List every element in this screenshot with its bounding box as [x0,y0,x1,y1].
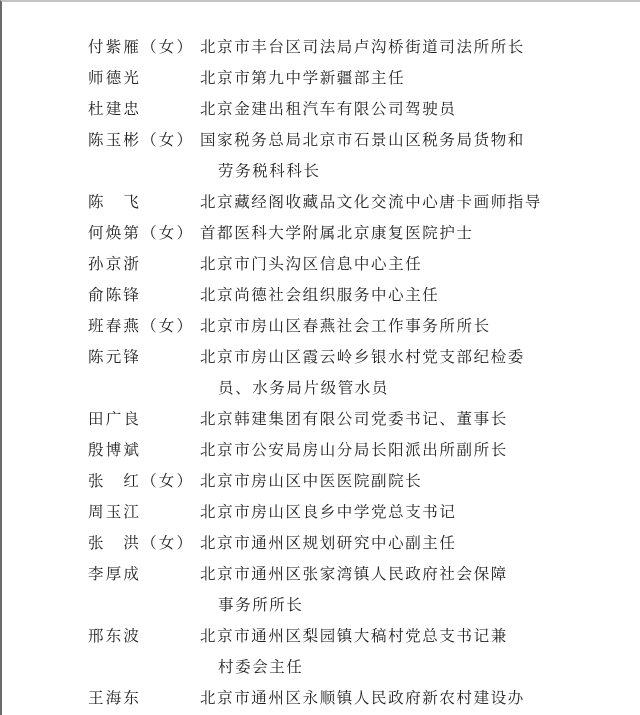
person-name: 孙京浙 [88,249,200,280]
person-name: 张 红（女） [88,466,200,497]
person-name: 田广良 [88,404,200,435]
person-name: 付紫雁（女） [88,32,200,63]
list-item: 田广良 北京韩建集团有限公司党委书记、董事长 [88,404,628,435]
person-title: 北京金建出租汽车有限公司驾驶员 [200,94,628,125]
title-line: 首都医科大学附属北京康复医院护士 [200,218,628,249]
title-line: 北京市第九中学新疆部主任 [200,63,628,94]
title-line-continued: 事务所所长 [200,590,628,621]
title-line: 北京市通州区张家湾镇人民政府社会保障 [200,559,628,590]
list-item: 张 洪（女） 北京市通州区规划研究中心副主任 [88,528,628,559]
title-line-continued: 劳务税科科长 [200,156,628,187]
document-page: 付紫雁（女） 北京市丰台区司法局卢沟桥街道司法所所长 师德光 北京市第九中学新疆… [0,0,640,715]
person-name: 张 洪（女） [88,528,200,559]
person-title: 北京市门头沟区信息中心主任 [200,249,628,280]
list-item: 陈元锋 北京市房山区霞云岭乡银水村党支部纪检委 员、水务局片级管水员 [88,342,628,404]
person-name: 周玉江 [88,497,200,528]
list-item: 班春燕（女） 北京市房山区春燕社会工作事务所所长 [88,311,628,342]
list-item: 邢东波 北京市通州区梨园镇大稿村党总支书记兼 村委会主任 [88,621,628,683]
person-name: 陈 飞 [88,187,200,218]
title-line: 北京市房山区良乡中学党总支书记 [200,497,628,528]
person-title: 北京尚德社会组织服务中心主任 [200,280,628,311]
title-line: 国家税务总局北京市石景山区税务局货物和 [200,125,628,156]
person-name: 邢东波 [88,621,200,652]
person-title: 北京市第九中学新疆部主任 [200,63,628,94]
person-title: 北京市通州区梨园镇大稿村党总支书记兼 村委会主任 [200,621,628,683]
person-name: 班春燕（女） [88,311,200,342]
person-title: 北京市公安局房山分局长阳派出所副所长 [200,435,628,466]
list-item: 师德光 北京市第九中学新疆部主任 [88,63,628,94]
person-title: 北京市房山区霞云岭乡银水村党支部纪检委 员、水务局片级管水员 [200,342,628,404]
title-line: 北京市通州区规划研究中心副主任 [200,528,628,559]
person-title: 北京市通州区规划研究中心副主任 [200,528,628,559]
person-name: 李厚成 [88,559,200,590]
person-name: 杜建忠 [88,94,200,125]
list-item: 俞陈锋 北京尚德社会组织服务中心主任 [88,280,628,311]
list-item: 何焕第（女） 首都医科大学附属北京康复医院护士 [88,218,628,249]
person-title: 北京藏经阁收藏品文化交流中心唐卡画师指导 [200,187,628,218]
person-title: 北京市通州区张家湾镇人民政府社会保障 事务所所长 [200,559,628,621]
person-name: 殷博斌 [88,435,200,466]
person-title: 北京韩建集团有限公司党委书记、董事长 [200,404,628,435]
person-name: 陈玉彬（女） [88,125,200,156]
person-name: 陈元锋 [88,342,200,373]
list-item: 周玉江 北京市房山区良乡中学党总支书记 [88,497,628,528]
title-line: 北京市门头沟区信息中心主任 [200,249,628,280]
person-name: 王海东 [88,683,200,714]
list-item: 孙京浙 北京市门头沟区信息中心主任 [88,249,628,280]
person-title: 北京市房山区良乡中学党总支书记 [200,497,628,528]
title-line: 北京市房山区中医医院副院长 [200,466,628,497]
list-item: 张 红（女） 北京市房山区中医医院副院长 [88,466,628,497]
person-title: 国家税务总局北京市石景山区税务局货物和 劳务税科科长 [200,125,628,187]
list-item: 李厚成 北京市通州区张家湾镇人民政府社会保障 事务所所长 [88,559,628,621]
title-line: 北京藏经阁收藏品文化交流中心唐卡画师指导 [200,187,628,218]
person-title: 首都医科大学附属北京康复医院护士 [200,218,628,249]
person-name: 师德光 [88,63,200,94]
person-title: 北京市丰台区司法局卢沟桥街道司法所所长 [200,32,628,63]
list-item: 陈玉彬（女） 国家税务总局北京市石景山区税务局货物和 劳务税科科长 [88,125,628,187]
title-line: 北京市公安局房山分局长阳派出所副所长 [200,435,628,466]
honoree-list: 付紫雁（女） 北京市丰台区司法局卢沟桥街道司法所所长 师德光 北京市第九中学新疆… [88,32,628,714]
title-line: 北京韩建集团有限公司党委书记、董事长 [200,404,628,435]
person-name: 何焕第（女） [88,218,200,249]
person-title: 北京市房山区中医医院副院长 [200,466,628,497]
title-line-continued: 员、水务局片级管水员 [200,373,628,404]
title-line-continued: 村委会主任 [200,652,628,683]
title-line: 北京市丰台区司法局卢沟桥街道司法所所长 [200,32,628,63]
list-item: 杜建忠 北京金建出租汽车有限公司驾驶员 [88,94,628,125]
person-title: 北京市房山区春燕社会工作事务所所长 [200,311,628,342]
title-line: 北京市通州区梨园镇大稿村党总支书记兼 [200,621,628,652]
list-item: 陈 飞 北京藏经阁收藏品文化交流中心唐卡画师指导 [88,187,628,218]
title-line: 北京市房山区霞云岭乡银水村党支部纪检委 [200,342,628,373]
title-line: 北京市房山区春燕社会工作事务所所长 [200,311,628,342]
person-name: 俞陈锋 [88,280,200,311]
title-line: 北京市通州区永顺镇人民政府新农村建设办 [200,683,628,714]
list-item: 殷博斌 北京市公安局房山分局长阳派出所副所长 [88,435,628,466]
list-item: 王海东 北京市通州区永顺镇人民政府新农村建设办 [88,683,628,714]
person-title: 北京市通州区永顺镇人民政府新农村建设办 [200,683,628,714]
title-line: 北京金建出租汽车有限公司驾驶员 [200,94,628,125]
list-item: 付紫雁（女） 北京市丰台区司法局卢沟桥街道司法所所长 [88,32,628,63]
title-line: 北京尚德社会组织服务中心主任 [200,280,628,311]
